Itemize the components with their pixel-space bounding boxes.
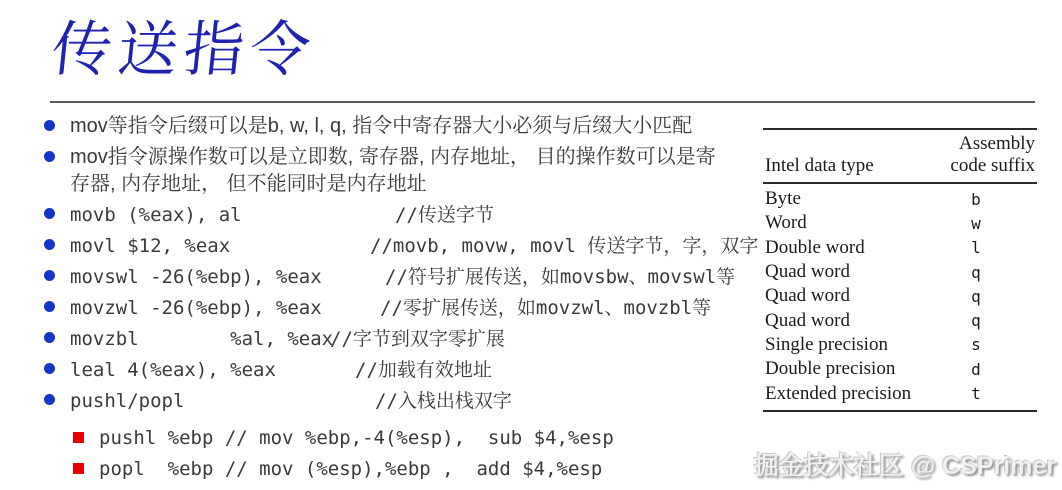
cell-suffix: q bbox=[917, 287, 1035, 306]
comment-text: //字节到双字零扩展 bbox=[330, 324, 505, 355]
slide-title: 传送指令 bbox=[48, 14, 320, 86]
sub-bullet-row: pushl %ebp // mov %ebp,-4(%esp), sub $4,… bbox=[30, 423, 750, 454]
cell-suffix: w bbox=[917, 214, 1035, 233]
cell-data-type: Quad word bbox=[765, 310, 917, 332]
cell-suffix: b bbox=[917, 190, 1035, 209]
code-text: pushl/popl bbox=[70, 386, 375, 417]
cell-data-type: Double precision bbox=[765, 358, 917, 380]
table-header-col2-line2: code suffix bbox=[917, 155, 1035, 177]
code-text: pushl %ebp // mov %ebp,-4(%esp), sub $4,… bbox=[99, 423, 614, 454]
cell-data-type: Double word bbox=[765, 237, 917, 259]
cell-suffix: l bbox=[917, 238, 1035, 257]
bullet-row: mov等指令后缀可以是b, w, l, q, 指令中寄存器大小必须与后缀大小匹配 bbox=[30, 112, 750, 143]
table-row: Single precision s bbox=[765, 333, 1035, 357]
cell-suffix: q bbox=[917, 311, 1035, 330]
title-divider bbox=[50, 101, 1035, 103]
sub-bullet-row: popl %ebp // mov (%esp),%ebp , add $4,%e… bbox=[30, 454, 750, 485]
table-row: Double word l bbox=[765, 236, 1035, 260]
table-header-col2-line1: Assembly bbox=[917, 133, 1035, 155]
comment-text: //传送字节 bbox=[395, 200, 494, 231]
bullet-row: mov指令源操作数可以是立即数, 寄存器, 内存地址， 目的操作数可以是寄存器,… bbox=[30, 143, 750, 200]
cell-suffix: q bbox=[917, 263, 1035, 282]
bullet-list: mov等指令后缀可以是b, w, l, q, 指令中寄存器大小必须与后缀大小匹配… bbox=[30, 112, 750, 485]
bullet-text: mov等指令后缀可以是b, w, l, q, 指令中寄存器大小必须与后缀大小匹配 bbox=[70, 112, 692, 140]
cell-data-type: Byte bbox=[765, 188, 917, 210]
cell-suffix: s bbox=[917, 335, 1035, 354]
comment-text: //零扩展传送，如movzwl、movzbl等 bbox=[380, 293, 711, 324]
code-text: popl %ebp // mov (%esp),%ebp , add $4,%e… bbox=[99, 454, 602, 485]
table-row: Quad word q bbox=[765, 308, 1035, 332]
bullet-dot-icon bbox=[44, 239, 55, 250]
cell-data-type: Single precision bbox=[765, 334, 917, 356]
sub-bullet-square-icon bbox=[73, 463, 84, 474]
bullet-dot-icon bbox=[44, 332, 55, 343]
cell-data-type: Extended precision bbox=[765, 383, 917, 405]
bullet-row: leal 4(%eax), %eax //加载有效地址 bbox=[30, 355, 750, 386]
code-text: movswl -26(%ebp), %eax bbox=[70, 262, 385, 293]
table-row: Word w bbox=[765, 211, 1035, 235]
code-text: movzbl %al, %eax bbox=[70, 324, 330, 355]
table-rule-bottom bbox=[763, 410, 1037, 412]
code-text: movb (%eax), al bbox=[70, 200, 395, 231]
bullet-dot-icon bbox=[44, 363, 55, 374]
table-header-col2: Assembly code suffix bbox=[917, 133, 1035, 177]
bullet-dot-icon bbox=[44, 120, 55, 131]
table-body: Byte b Word w Double word l Quad word q … bbox=[763, 184, 1037, 410]
code-text: movl $12, %eax bbox=[70, 231, 370, 262]
code-text: movzwl -26(%ebp), %eax bbox=[70, 293, 380, 324]
table-row: Quad word q bbox=[765, 284, 1035, 308]
watermark: 掘金技术社区 @ CSPrimer bbox=[754, 446, 1056, 482]
bullet-dot-icon bbox=[44, 394, 55, 405]
bullet-dot-icon bbox=[44, 151, 55, 162]
sub-bullet-square-icon bbox=[73, 432, 84, 443]
bullet-row: movl $12, %eax //movb, movw, movl 传送字节，字… bbox=[30, 231, 750, 262]
bullet-dot-icon bbox=[44, 270, 55, 281]
comment-text: //movb, movw, movl 传送字节，字，双字 bbox=[370, 231, 758, 262]
bullet-dot-icon bbox=[44, 301, 55, 312]
cell-data-type: Quad word bbox=[765, 285, 917, 307]
cell-data-type: Quad word bbox=[765, 261, 917, 283]
bullet-row: movzbl %al, %eax //字节到双字零扩展 bbox=[30, 324, 750, 355]
table-row: Double precision d bbox=[765, 357, 1035, 381]
comment-text: //符号扩展传送，如movsbw、movswl等 bbox=[385, 262, 735, 293]
bullet-text: mov指令源操作数可以是立即数, 寄存器, 内存地址， 目的操作数可以是寄存器,… bbox=[70, 143, 730, 198]
bullet-row: movswl -26(%ebp), %eax //符号扩展传送，如movsbw、… bbox=[30, 262, 750, 293]
bullet-dot-icon bbox=[44, 208, 55, 219]
bullet-row: pushl/popl //入栈出栈双字 bbox=[30, 386, 750, 417]
comment-text: //加载有效地址 bbox=[355, 355, 492, 386]
bullet-row: movb (%eax), al //传送字节 bbox=[30, 200, 750, 231]
cell-data-type: Word bbox=[765, 212, 917, 234]
cell-suffix: t bbox=[917, 384, 1035, 403]
table-row: Byte b bbox=[765, 187, 1035, 211]
table-row: Quad word q bbox=[765, 260, 1035, 284]
bullet-row: movzwl -26(%ebp), %eax //零扩展传送，如movzwl、m… bbox=[30, 293, 750, 324]
table-header-col1: Intel data type bbox=[765, 155, 917, 177]
comment-text: //入栈出栈双字 bbox=[375, 386, 512, 417]
table-header: Intel data type Assembly code suffix bbox=[763, 130, 1037, 182]
code-text: leal 4(%eax), %eax bbox=[70, 355, 355, 386]
table-row: Extended precision t bbox=[765, 381, 1035, 405]
cell-suffix: d bbox=[917, 360, 1035, 379]
data-type-table: Intel data type Assembly code suffix Byt… bbox=[763, 128, 1037, 412]
